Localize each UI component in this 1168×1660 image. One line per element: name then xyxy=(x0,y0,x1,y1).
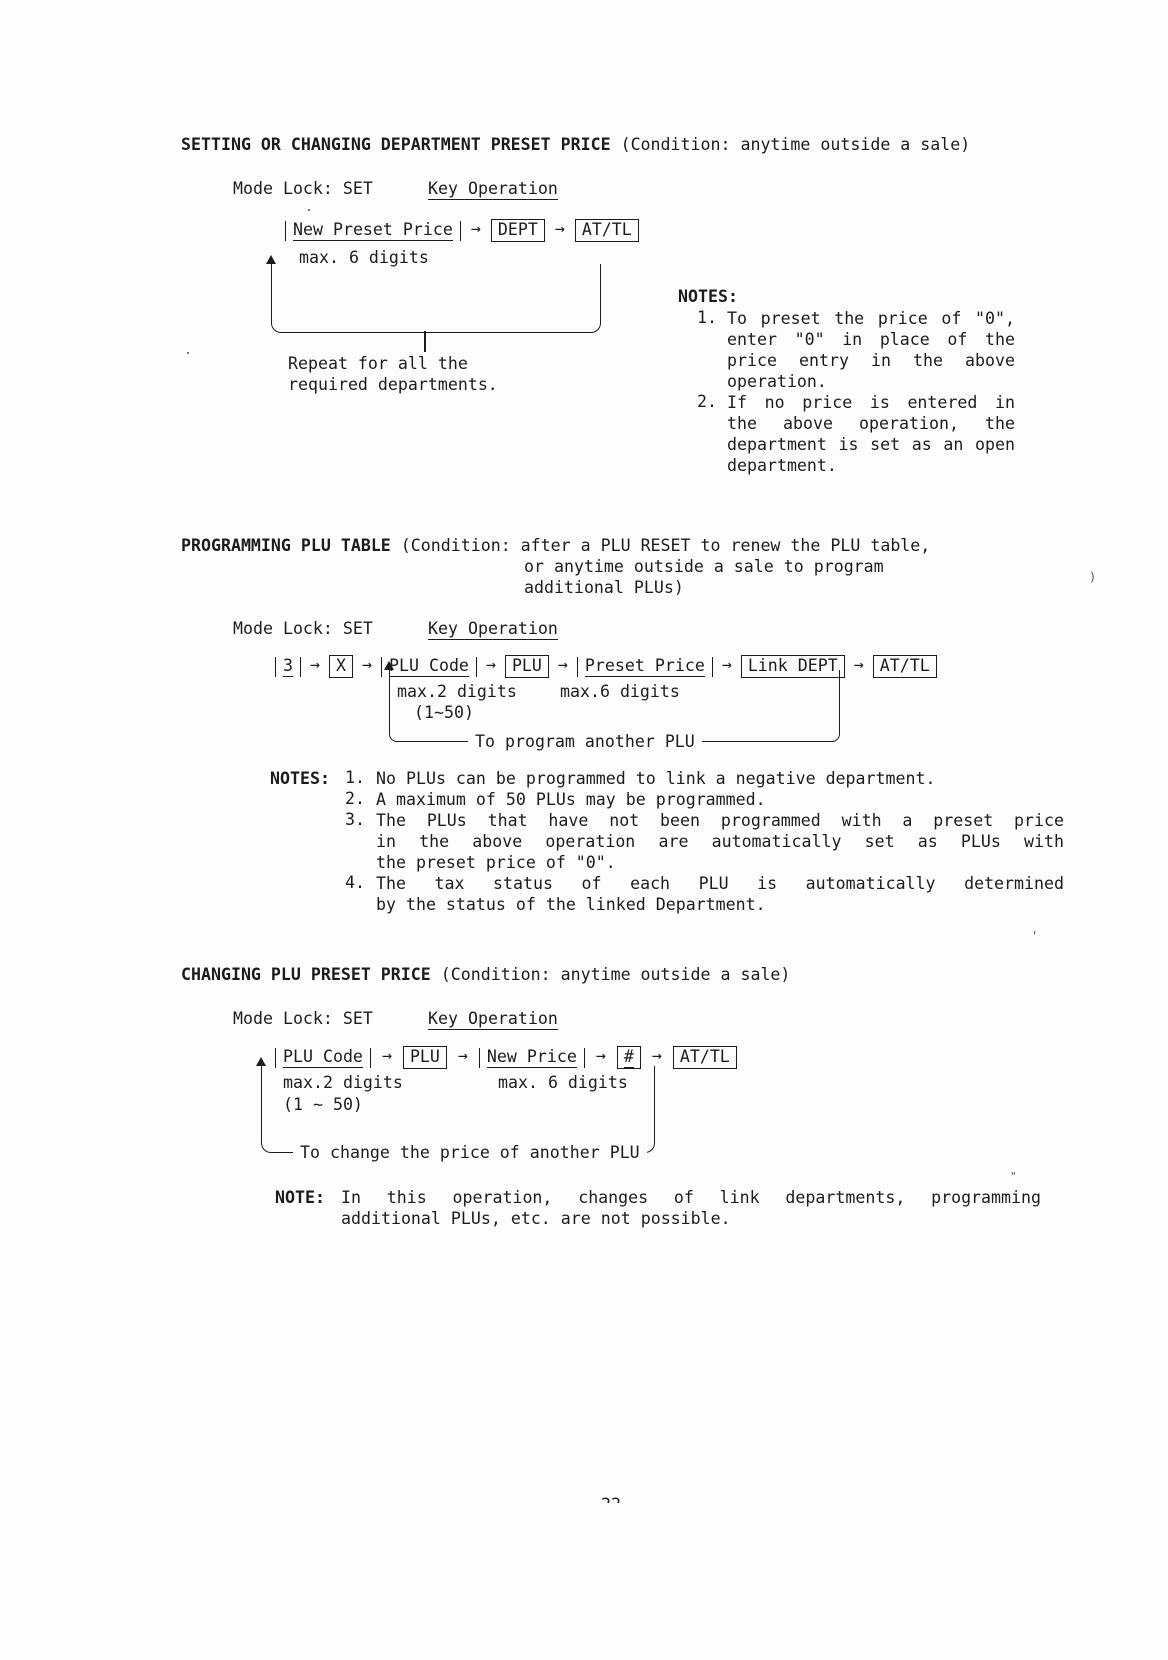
note-line: The PLUs that have not been programmed w… xyxy=(376,810,1064,831)
note-item-number: 2. xyxy=(345,789,376,808)
note-item-number: 1. xyxy=(345,768,376,787)
arrow-right-icon: → xyxy=(362,654,372,675)
flow3-input-new-price: New Price xyxy=(479,1048,585,1068)
section3-title: CHANGING PLU PRESET PRICE xyxy=(181,965,441,984)
section2-condition-line1: (Condition: after a PLU RESET to renew t… xyxy=(401,536,931,555)
note-item-text: To preset the price of "0", enter "0" in… xyxy=(727,308,1015,392)
loop3-label: To change the price of another PLU xyxy=(293,1144,647,1161)
section1-title: SETTING OR CHANGING DEPARTMENT PRESET PR… xyxy=(181,135,621,154)
section2-mode-lock: Mode Lock: SET xyxy=(233,618,373,639)
note-item-text: The PLUs that have not been programmed w… xyxy=(376,810,1064,873)
section2-notes: 1. No PLUs can be programmed to link a n… xyxy=(345,768,1064,915)
arrow-right-icon: → xyxy=(555,218,565,239)
note-line: No PLUs can be programmed to link a nega… xyxy=(376,768,1064,789)
note-line: A maximum of 50 PLUs may be programmed. xyxy=(376,789,1064,810)
note-line: The tax status of each PLU is automatica… xyxy=(376,873,1064,894)
attl-key: AT/TL xyxy=(575,219,639,242)
section1-key-operation: Key Operation xyxy=(428,178,558,199)
note-item: 4. The tax status of each PLU is automat… xyxy=(345,873,1064,915)
section3-heading: CHANGING PLU PRESET PRICE (Condition: an… xyxy=(181,964,790,985)
note-line: in the above operation are automatically… xyxy=(376,831,1064,852)
scan-speck: ' xyxy=(1031,929,1038,943)
section1-key-operation-label: Key Operation xyxy=(428,179,558,200)
note-item-text: If no price is entered in the above oper… xyxy=(727,392,1015,476)
note-item-number: 3. xyxy=(345,810,376,829)
section3-note-title: NOTE: xyxy=(275,1187,325,1208)
note-line: enter "0" in place of the xyxy=(727,329,1015,350)
scan-speck: . xyxy=(184,343,192,358)
note-line: In this operation, changes of link depar… xyxy=(341,1187,1041,1208)
attl-key: AT/TL xyxy=(673,1046,737,1069)
section2-notes-title: NOTES: xyxy=(270,768,330,789)
note-line: the preset price of "0". xyxy=(376,852,1064,873)
note-item: 2. If no price is entered in the above o… xyxy=(697,392,1015,476)
flow3-input-plu-code: PLU Code xyxy=(275,1048,371,1068)
scanned-manual-page: SETTING OR CHANGING DEPARTMENT PRESET PR… xyxy=(0,0,1168,1660)
loop3-line xyxy=(261,1066,655,1153)
section3-mode-lock: Mode Lock: SET xyxy=(233,1008,373,1029)
note-item: 1. No PLUs can be programmed to link a n… xyxy=(345,768,1064,789)
note-line: price entry in the above xyxy=(727,350,1015,371)
section1-notes-title: NOTES: xyxy=(678,286,738,307)
arrow-up-icon xyxy=(256,1057,266,1066)
arrow-right-icon: → xyxy=(471,218,481,239)
note-item-text: No PLUs can be programmed to link a nega… xyxy=(376,768,1064,789)
loop1-label-line1: Repeat for all the xyxy=(288,353,468,374)
section1-heading: SETTING OR CHANGING DEPARTMENT PRESET PR… xyxy=(181,134,970,155)
scan-speck: ) xyxy=(1089,570,1096,584)
note-item: 1. To preset the price of "0", enter "0"… xyxy=(697,308,1015,392)
arrow-right-icon: → xyxy=(596,1045,606,1066)
note-line: operation. xyxy=(727,371,1015,392)
note-item: 3. The PLUs that have not been programme… xyxy=(345,810,1064,873)
note-line: If no price is entered in xyxy=(727,392,1015,413)
note-item-number: 1. xyxy=(697,308,727,327)
note-line: department is set as an open xyxy=(727,434,1015,455)
note-item-number: 4. xyxy=(345,873,376,892)
section1-condition: (Condition: anytime outside a sale) xyxy=(621,135,971,154)
flow2-input-3-label: 3 xyxy=(283,656,293,677)
dept-key: DEPT xyxy=(491,219,545,242)
section1-mode-lock: Mode Lock: SET xyxy=(233,178,373,199)
section2-title: PROGRAMMING PLU TABLE xyxy=(181,536,401,555)
note-item: 2. A maximum of 50 PLUs may be programme… xyxy=(345,789,1064,810)
section2-condition-line3: additional PLUs) xyxy=(524,577,684,598)
flow1-input-new-preset-price: New Preset Price xyxy=(285,221,461,241)
flow1-input-label: New Preset Price xyxy=(293,220,453,241)
flow3-input-new-price-label: New Price xyxy=(487,1047,577,1068)
x-key: X xyxy=(329,655,353,678)
flow3-input-plu-code-label: PLU Code xyxy=(283,1047,363,1068)
section1-notes: 1. To preset the price of "0", enter "0"… xyxy=(697,308,1015,476)
note-line: by the status of the linked Department. xyxy=(376,894,1064,915)
section2-heading: PROGRAMMING PLU TABLE (Condition: after … xyxy=(181,535,930,556)
section2-key-operation: Key Operation xyxy=(428,618,558,639)
section2-condition-line2: or anytime outside a sale to program xyxy=(524,556,884,577)
section2-key-operation-label: Key Operation xyxy=(428,619,558,640)
section3-key-operation: Key Operation xyxy=(428,1008,558,1029)
attl-key: AT/TL xyxy=(873,655,937,678)
flow2-input-3: 3 xyxy=(275,657,301,677)
note-item-number: 2. xyxy=(697,392,727,411)
note-item-text: The tax status of each PLU is automatica… xyxy=(376,873,1064,915)
loop1-line xyxy=(271,264,601,333)
loop1-tick-line xyxy=(424,331,426,352)
note-item-text: A maximum of 50 PLUs may be programmed. xyxy=(376,789,1064,810)
section3-condition: (Condition: anytime outside a sale) xyxy=(441,965,791,984)
arrow-up-icon xyxy=(384,661,394,670)
hash-key-label: # xyxy=(624,1047,634,1068)
arrow-right-icon: → xyxy=(854,654,864,675)
arrow-right-icon: → xyxy=(310,654,320,675)
scan-speck: " xyxy=(1010,1170,1017,1183)
note-line: department. xyxy=(727,455,1015,476)
scan-speck: . xyxy=(305,200,313,215)
arrow-up-icon xyxy=(266,255,276,264)
arrow-right-icon: → xyxy=(652,1045,662,1066)
loop1-label-line2: required departments. xyxy=(288,374,498,395)
section1-flow: New Preset Price → DEPT → AT/TL xyxy=(285,219,639,242)
note-line: the above operation, the xyxy=(727,413,1015,434)
arrow-right-icon: → xyxy=(382,1045,392,1066)
loop2-label: To program another PLU xyxy=(468,733,702,750)
note-item-text: In this operation, changes of link depar… xyxy=(341,1187,1041,1229)
section3-key-operation-label: Key Operation xyxy=(428,1009,558,1030)
arrow-right-icon: → xyxy=(458,1045,468,1066)
page-number-fragment: 22 xyxy=(601,1494,641,1503)
section3-note: In this operation, changes of link depar… xyxy=(341,1187,1041,1229)
note-line: additional PLUs, etc. are not possible. xyxy=(341,1208,1041,1229)
note-line: To preset the price of "0", xyxy=(727,308,1015,329)
